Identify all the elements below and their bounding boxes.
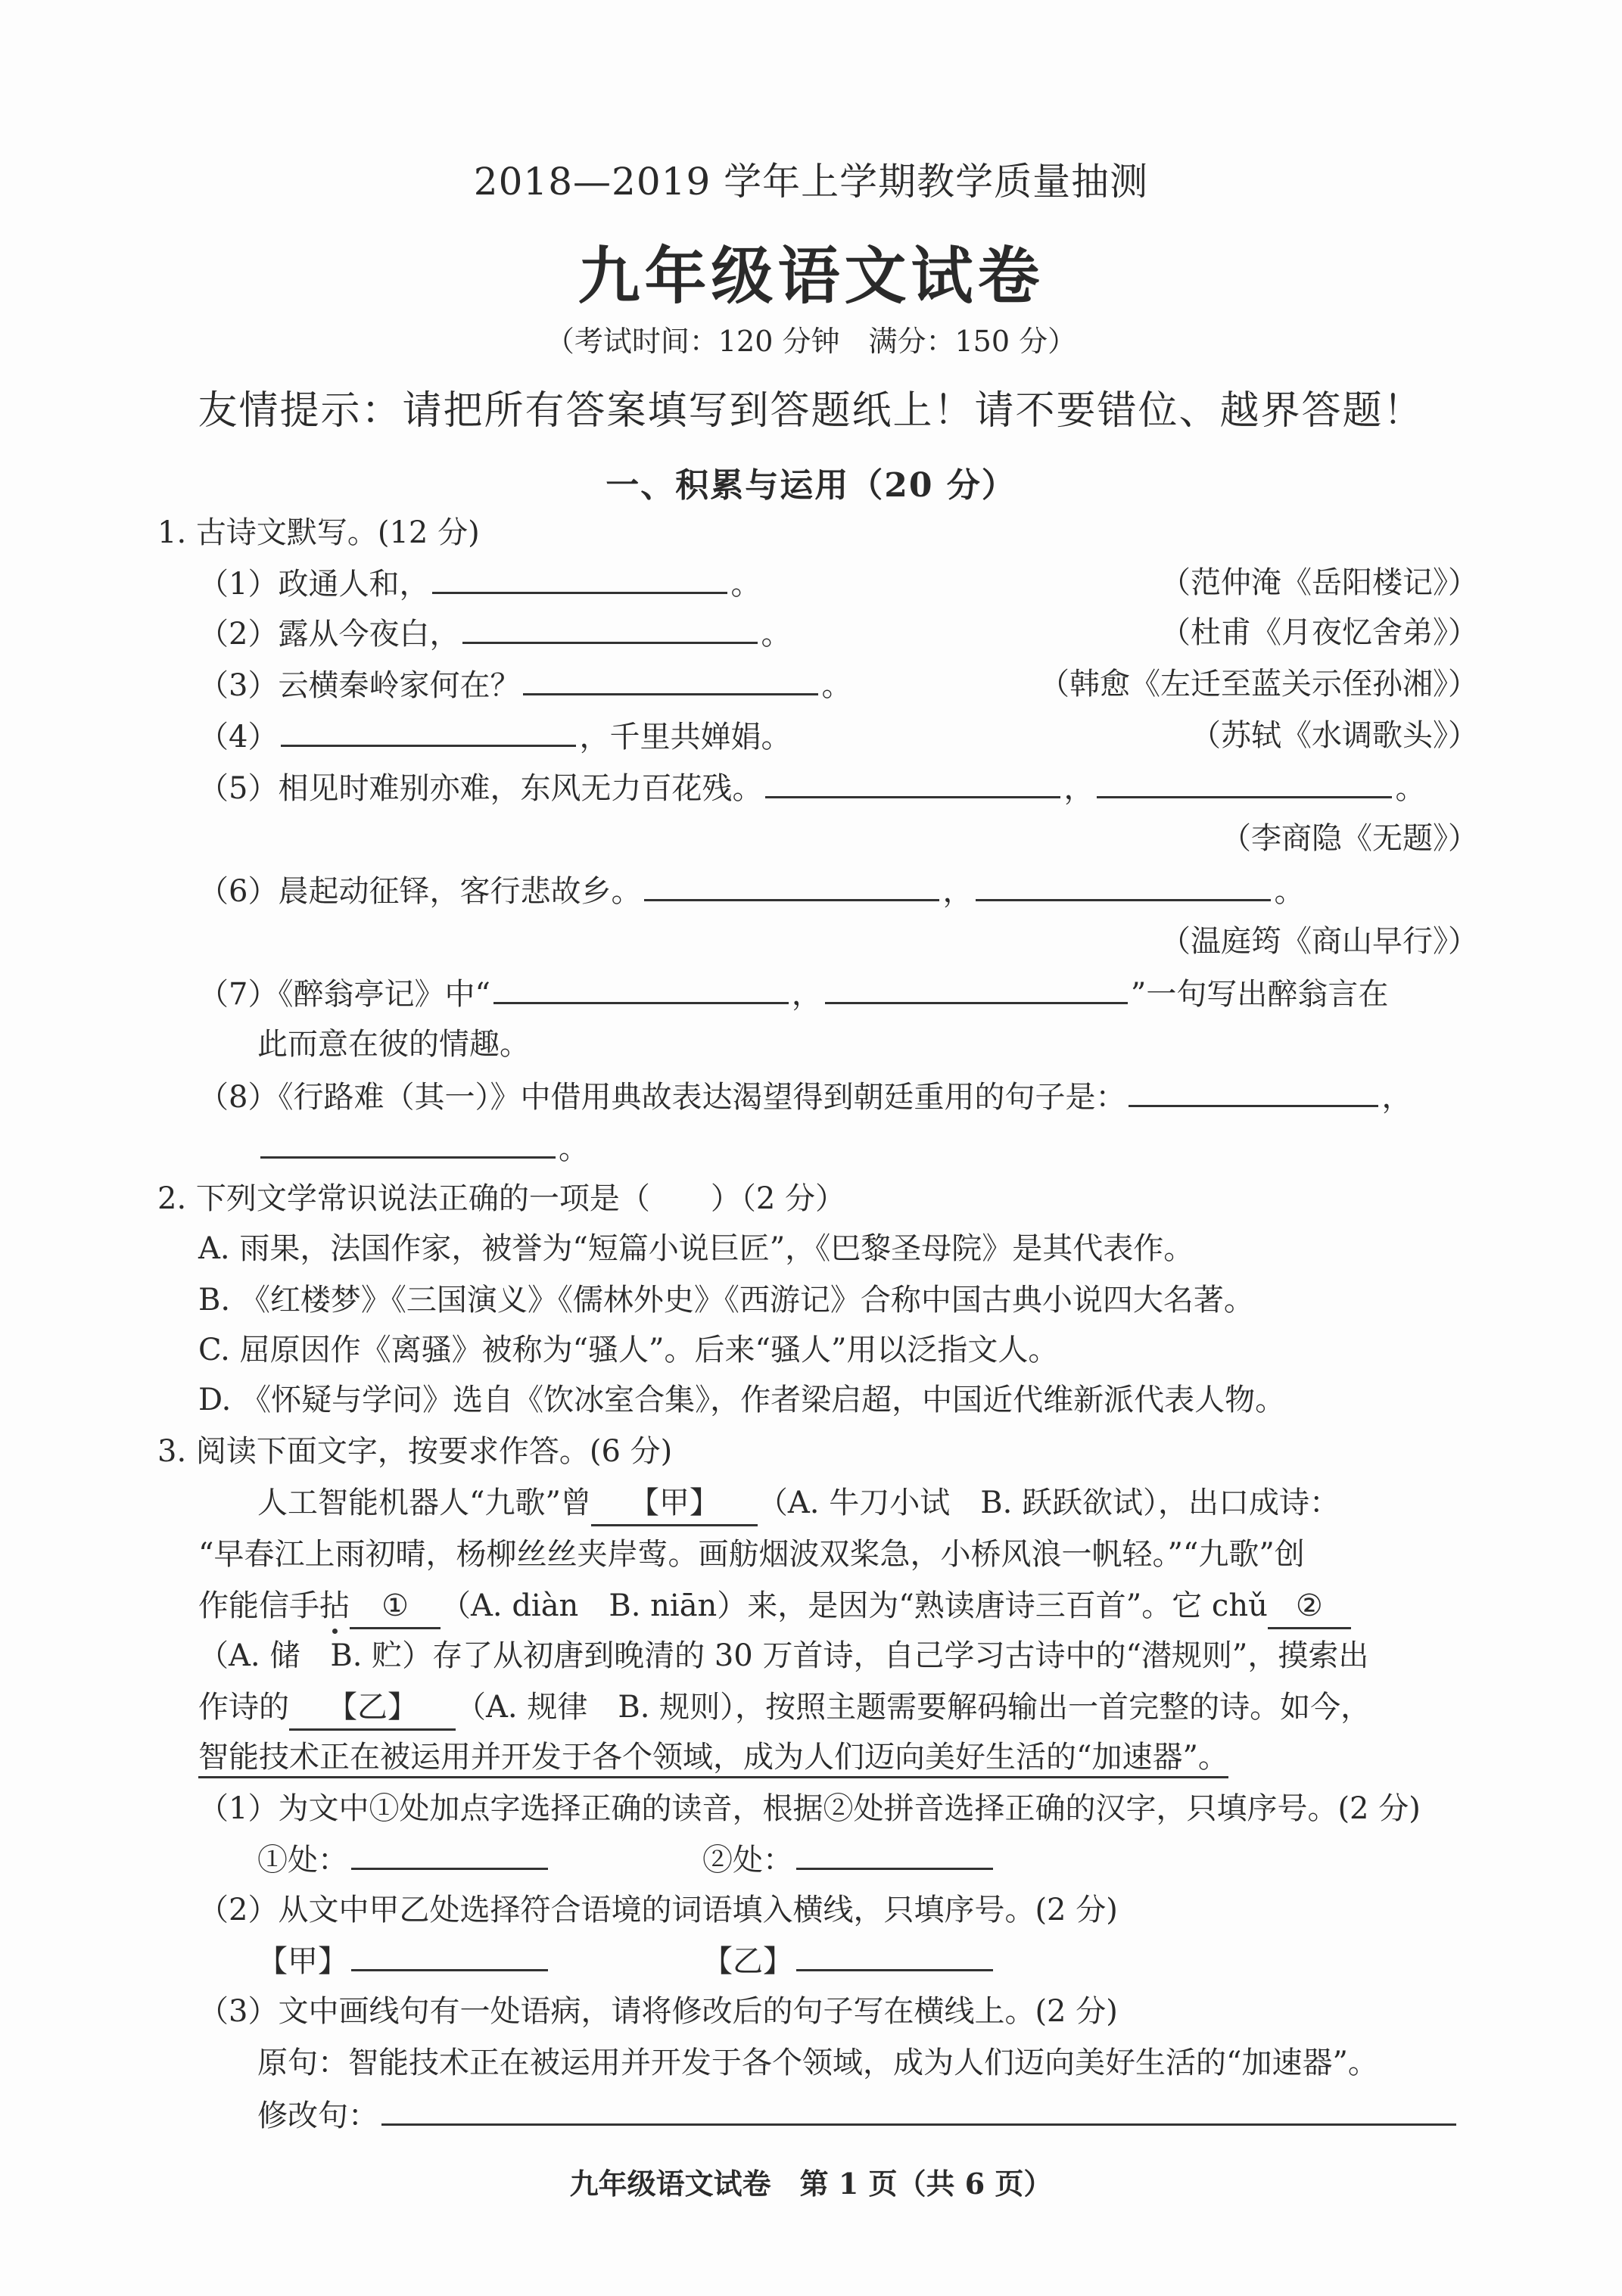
blank-yi[interactable]: 【乙】 <box>289 1686 456 1731</box>
passage-line-3: 作能信手拈①（A. diàn B. niān）来，是因为“熟读唐诗三百首”。它 … <box>198 1585 1351 1629</box>
q2-stem: 2. 下列文学常识说法正确的一项是（ ）（2 分） <box>157 1178 845 1220</box>
passage-text: 作诗的 <box>198 1690 289 1725</box>
q3-sub3-revised: 修改句： <box>257 2093 1459 2137</box>
answer-label: 修改句： <box>257 2098 378 2133</box>
exam-info: （考试时间：120 分钟 满分：150 分） <box>0 318 1622 359</box>
q1-item-2-source: （杜甫《月夜忆舍弟》） <box>1160 611 1478 654</box>
q1-item-1: （1）政通人和，。 <box>198 562 761 605</box>
blank-1[interactable]: ① <box>350 1585 441 1629</box>
passage-line-6: 智能技术正在被运用并开发于各个领域，成为人们迈向美好生活的“加速器”。 <box>198 1736 1228 1778</box>
underlined-sentence: 智能技术正在被运用并开发于各个领域，成为人们迈向美好生活的“加速器”。 <box>198 1740 1228 1778</box>
q1-item-8: （8）《行路难（其一）》中借用典故表达渴望得到朝廷重用的句子是：， <box>198 1075 1412 1118</box>
answer-blank[interactable] <box>796 1837 993 1870</box>
dotted-char: 拈 <box>319 1588 350 1623</box>
passage-text: 作能信手 <box>198 1588 319 1623</box>
answer-blank[interactable] <box>644 869 939 901</box>
q3-sub2-answers: 【甲】【乙】 <box>257 1939 996 1983</box>
answer-blank[interactable] <box>381 2093 1456 2126</box>
item-text: 露从今夜白， <box>278 617 459 652</box>
q1-item-5: （5）相见时难别亦难，东风无力百花残。，。 <box>198 766 1425 810</box>
exam-page: 2018—2019 学年上学期教学质量抽测 九年级语文试卷 （考试时间：120 … <box>0 0 1622 2296</box>
q3-sub3-stem: （3）文中画线句有一处语病，请将修改后的句子写在横线上。(2 分) <box>198 1990 1118 2033</box>
item-text: 。 <box>1274 874 1304 909</box>
answer-blank[interactable] <box>281 714 576 747</box>
passage-text: （A. diàn B. niān）来，是因为“熟读唐诗三百首”。它 chǔ <box>441 1588 1268 1623</box>
q1-item-6-source: （温庭筠《商山早行》） <box>1160 920 1478 963</box>
blank-jia[interactable]: 【甲】 <box>591 1482 758 1526</box>
q1-item-3: （3）云横秦岭家何在？。 <box>198 663 851 707</box>
item-text: 政通人和， <box>278 567 429 602</box>
q2-option-a: A. 雨果，法国作家，被誉为“短篇小说巨匠”，《巴黎圣母院》是其代表作。 <box>198 1227 1194 1270</box>
answer-blank[interactable] <box>523 663 818 695</box>
answer-label: 【乙】 <box>702 1944 793 1979</box>
item-text: 。 <box>730 567 761 602</box>
item-text: ， <box>1063 771 1094 806</box>
item-text: 《行路难（其一）》中借用典故表达渴望得到朝廷重用的句子是： <box>278 1080 1125 1115</box>
passage-line-4: （A. 储 B. 贮）存了从初唐到晚清的 30 万首诗，自己学习古诗中的“潜规则… <box>198 1635 1368 1677</box>
section-heading: 一、积累与运用（20 分） <box>0 458 1622 506</box>
q1-item-2: （2）露从今夜白，。 <box>198 611 791 655</box>
q3-sub1-stem: （1）为文中①处加点字选择正确的读音，根据②处拼音选择正确的汉字，只填序号。(2… <box>198 1787 1421 1830</box>
exam-title: 九年级语文试卷 <box>0 227 1622 316</box>
passage-text: （A. 牛刀小试 B. 跃跃欲试），出口成诗： <box>758 1486 1340 1520</box>
item-number: （2） <box>198 617 278 652</box>
q1-item-3-source: （韩愈《左迁至蓝关示侄孙湘》） <box>1039 663 1478 705</box>
answer-blank[interactable] <box>351 1939 548 1971</box>
passage-text: （A. 规律 B. 规则），按照主题需要解码输出一首完整的诗。如今， <box>456 1690 1371 1725</box>
q2-option-c: C. 屈原因作《离骚》被称为“骚人”。后来“骚人”用以泛指文人。 <box>198 1329 1058 1371</box>
answer-blank[interactable] <box>796 1939 993 1971</box>
item-text: 。 <box>1395 771 1425 806</box>
item-text: 晨起动征铎，客行悲故乡。 <box>278 874 641 909</box>
q1-item-7-cont: 此而意在彼的情趣。 <box>257 1023 530 1066</box>
q1-stem: 1. 古诗文默写。(12 分) <box>157 512 480 554</box>
q3-sub3-original: 原句：智能技术正在被运用并开发于各个领域，成为人们迈向美好生活的“加速器”。 <box>257 2042 1378 2084</box>
answer-blank[interactable] <box>1097 766 1392 798</box>
passage-line-1: 人工智能机器人“九歌”曾【甲】（A. 牛刀小试 B. 跃跃欲试），出口成诗： <box>257 1482 1340 1526</box>
q1-item-6: （6）晨起动征铎，客行悲故乡。，。 <box>198 869 1304 913</box>
q3-stem: 3. 阅读下面文字，按要求作答。(6 分) <box>157 1430 672 1473</box>
q1-item-4-source: （苏轼《水调歌头》） <box>1191 714 1478 757</box>
q1-item-1-source: （范仲淹《岳阳楼记》） <box>1160 562 1478 604</box>
answer-blank[interactable] <box>432 562 727 594</box>
answer-blank[interactable] <box>976 869 1271 901</box>
q2-option-d: D. 《怀疑与学问》选自《饮冰室合集》，作者梁启超，中国近代维新派代表人物。 <box>198 1379 1285 1421</box>
q3-sub1-answers: ①处：②处： <box>257 1837 996 1881</box>
item-text: 。 <box>761 617 791 652</box>
item-text: 《醉翁亭记》中“ <box>278 977 490 1012</box>
item-number: （4） <box>198 720 278 754</box>
q1-item-7: （7）《醉翁亭记》中“，”一句写出醉翁言在 <box>198 972 1388 1016</box>
answer-label: ①处： <box>257 1843 348 1878</box>
passage-text: 人工智能机器人“九歌”曾 <box>257 1486 591 1520</box>
blank-2[interactable]: ② <box>1268 1585 1351 1629</box>
item-text: ， <box>792 977 822 1012</box>
q1-item-5-source: （李商隐《无题》） <box>1221 817 1478 860</box>
item-text: 。 <box>821 668 851 703</box>
answer-label: ②处： <box>702 1843 793 1878</box>
item-number: （1） <box>198 567 278 602</box>
item-number: （8） <box>198 1080 278 1115</box>
q2-option-b: B. 《红楼梦》《三国演义》《儒林外史》《西游记》合称中国古典小说四大名著。 <box>198 1279 1254 1321</box>
passage-line-5: 作诗的【乙】（A. 规律 B. 规则），按照主题需要解码输出一首完整的诗。如今， <box>198 1686 1371 1731</box>
item-text: ， <box>942 874 973 909</box>
item-text: 云横秦岭家何在？ <box>278 668 520 703</box>
q3-sub2-stem: （2）从文中甲乙处选择符合语境的词语填入横线，只填序号。(2 分) <box>198 1889 1118 1931</box>
exam-tip: 友情提示：请把所有答案填写到答题纸上！请不要错位、越界答题！ <box>0 378 1622 435</box>
item-text: 相见时难别亦难，东风无力百花残。 <box>278 771 762 806</box>
answer-blank[interactable] <box>765 766 1060 798</box>
item-number: （5） <box>198 771 278 806</box>
exam-subtitle: 2018—2019 学年上学期教学质量抽测 <box>0 151 1622 206</box>
answer-blank[interactable] <box>825 972 1128 1004</box>
item-text: 。 <box>559 1131 589 1166</box>
passage-line-2: “早春江上雨初晴，杨柳丝丝夹岸莺。画舫烟波双桨急，小桥风浪一帆轻。”“九歌”创 <box>198 1533 1305 1576</box>
item-number: （3） <box>198 668 278 703</box>
q1-item-4: （4），千里共婵娟。 <box>198 714 791 758</box>
answer-blank[interactable] <box>260 1126 556 1159</box>
item-number: （7） <box>198 977 278 1012</box>
item-text: ”一句写出醉翁言在 <box>1131 977 1388 1012</box>
item-number: （6） <box>198 874 278 909</box>
answer-blank[interactable] <box>1129 1075 1378 1107</box>
answer-blank[interactable] <box>462 611 758 644</box>
answer-label: 【甲】 <box>257 1944 348 1979</box>
q1-item-8-cont: 。 <box>257 1126 589 1170</box>
answer-blank[interactable] <box>351 1837 548 1870</box>
page-footer: 九年级语文试卷 第 1 页（共 6 页） <box>0 2161 1622 2202</box>
item-text: ，千里共婵娟。 <box>579 720 791 754</box>
answer-blank[interactable] <box>493 972 789 1004</box>
item-text: ， <box>1381 1080 1412 1115</box>
